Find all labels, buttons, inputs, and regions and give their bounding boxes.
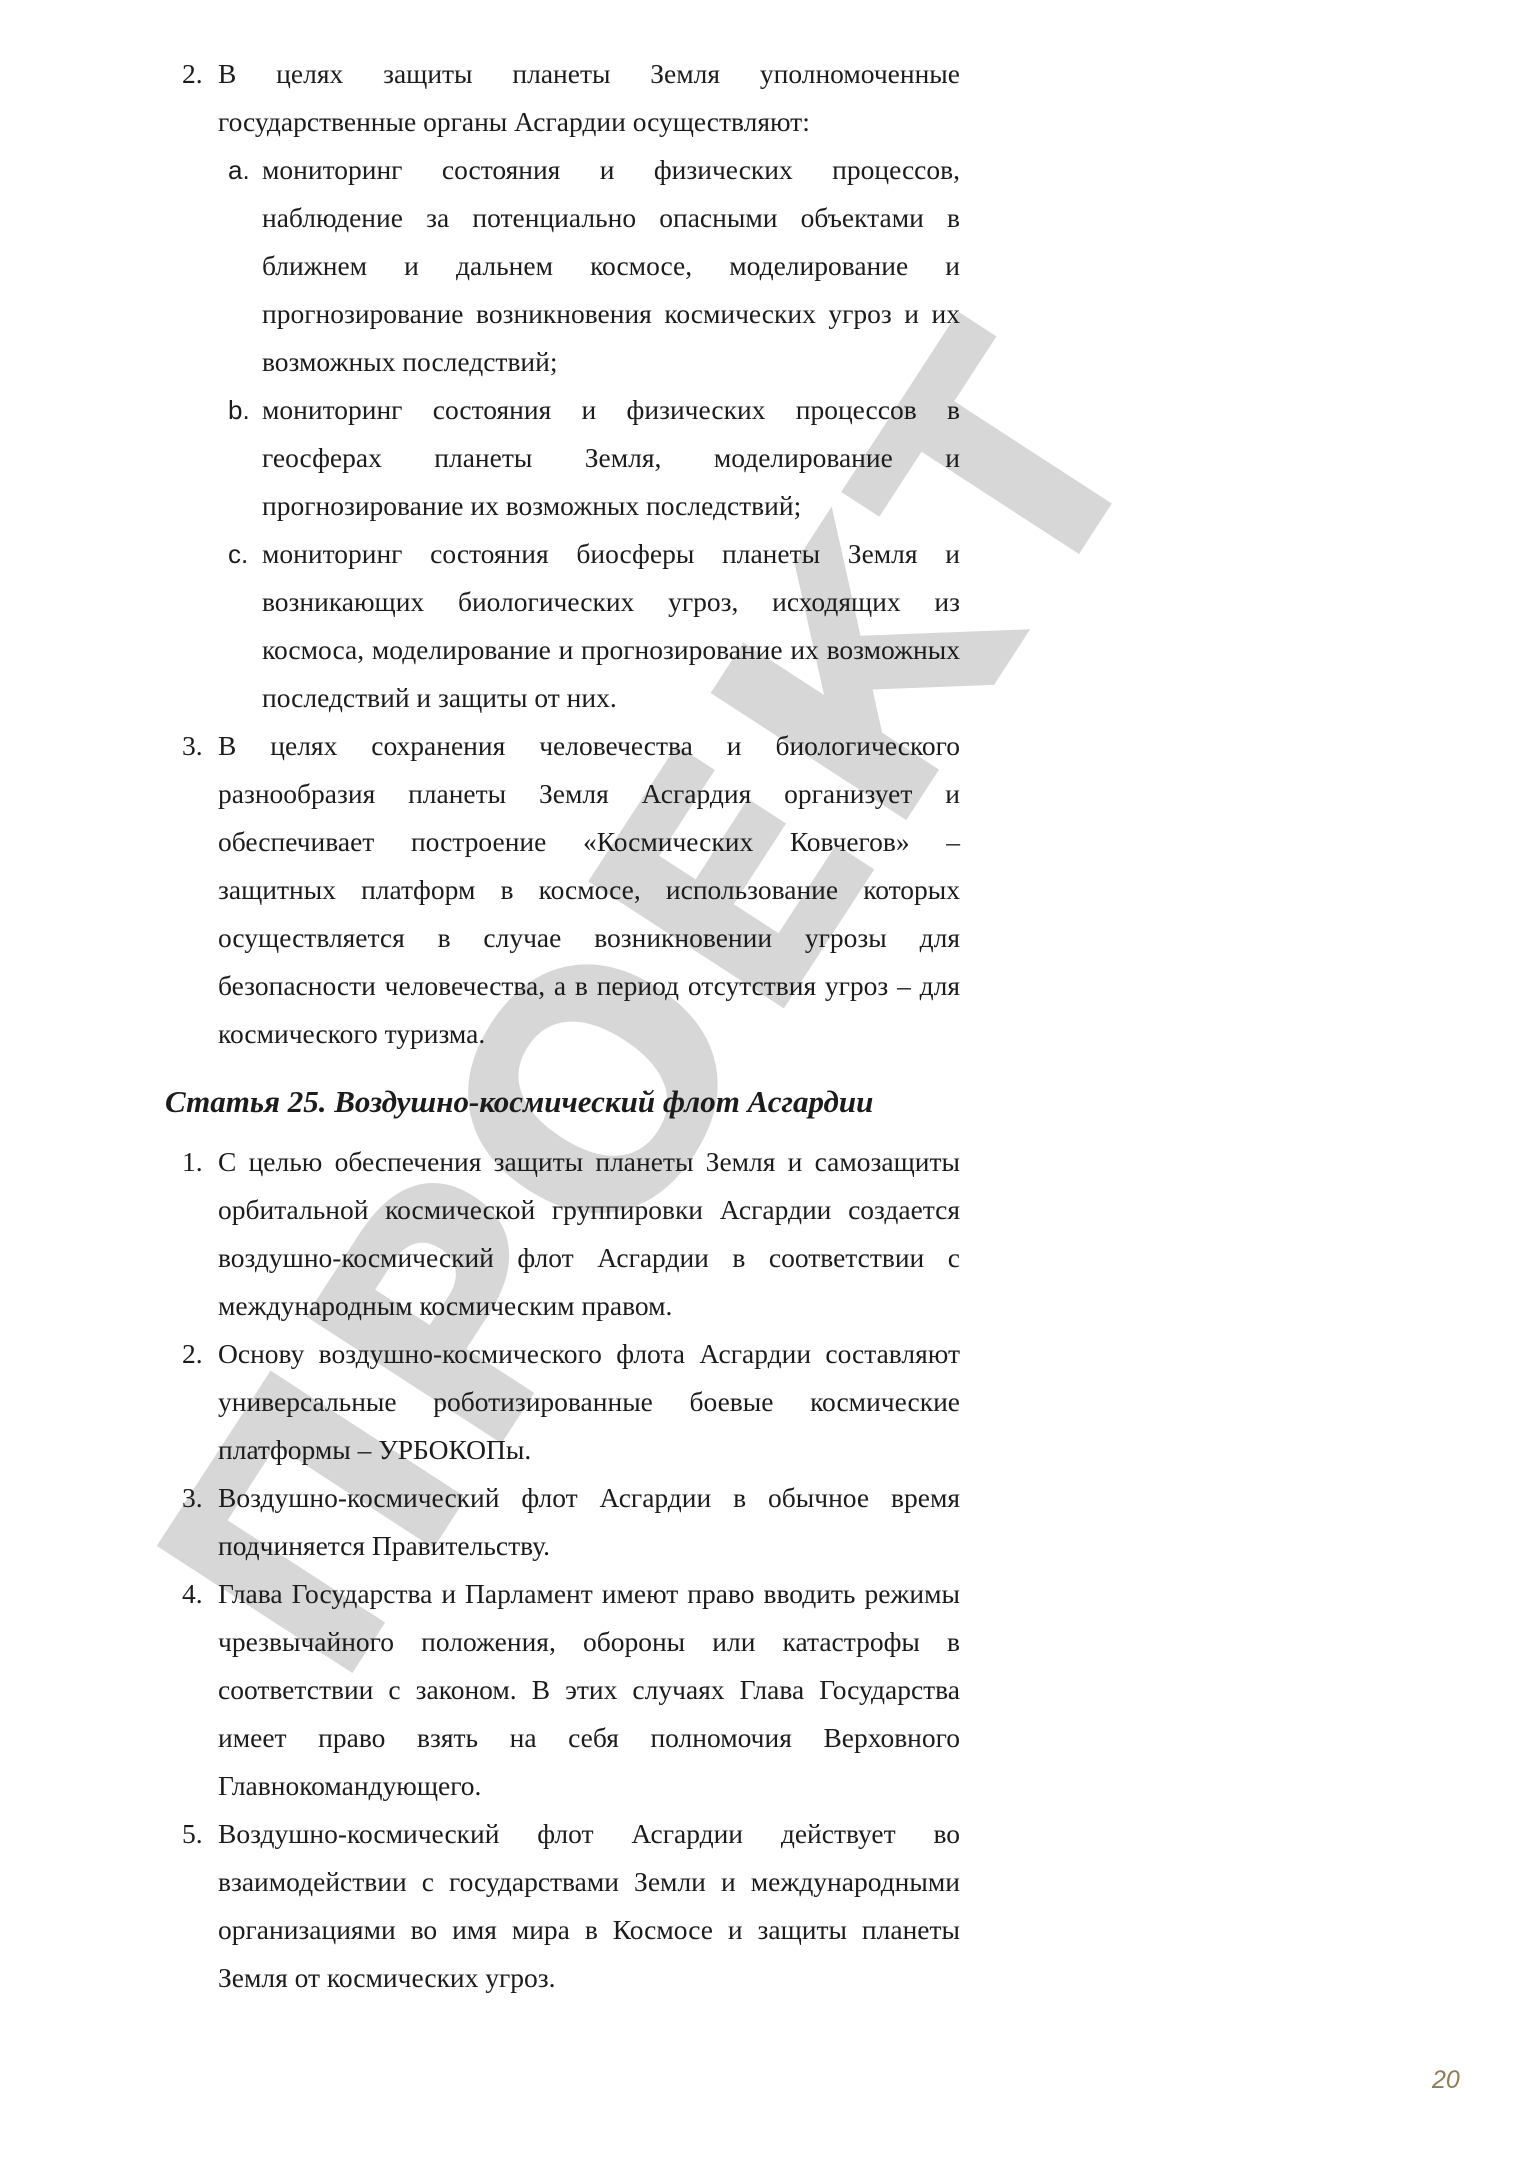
- page-content: 2. В целях защиты планеты Земля уполномо…: [165, 50, 960, 2002]
- list-item-marker: 3.: [165, 1474, 218, 1570]
- list-item-marker: 2.: [165, 1330, 218, 1474]
- list-item-text: В целях сохранения человечества и биолог…: [218, 722, 960, 1058]
- list-item-text: С целью обеспечения защиты планеты Земля…: [218, 1138, 960, 1330]
- list-item-marker: 1.: [165, 1138, 218, 1330]
- sub-item-marker: a.: [228, 146, 262, 386]
- sub-item-text: мониторинг состояния и физических процес…: [262, 386, 960, 530]
- article-item-2: 2. Основу воздушно-космического флота Ас…: [165, 1330, 960, 1474]
- sub-item-c: c. мониторинг состояния биосферы планеты…: [165, 530, 960, 722]
- list-item-marker: 2.: [165, 50, 218, 146]
- sub-item-b: b. мониторинг состояния и физических про…: [165, 386, 960, 530]
- list-item-marker: 5.: [165, 1810, 218, 2002]
- list-item-text: Глава Государства и Парламент имеют прав…: [218, 1570, 960, 1810]
- document-page: ПРОЕКТ 2. В целях защиты планеты Земля у…: [0, 0, 1527, 2160]
- article-item-1: 1. С целью обеспечения защиты планеты Зе…: [165, 1138, 960, 1330]
- list-item-text: В целях защиты планеты Земля уполномочен…: [218, 50, 960, 146]
- list-item-2: 2. В целях защиты планеты Земля уполномо…: [165, 50, 960, 146]
- list-item-text: Основу воздушно-космического флота Асгар…: [218, 1330, 960, 1474]
- list-item-marker: 4.: [165, 1570, 218, 1810]
- article-item-4: 4. Глава Государства и Парламент имеют п…: [165, 1570, 960, 1810]
- list-item-text: Воздушно-космический флот Асгардии дейст…: [218, 1810, 960, 2002]
- sub-item-marker: b.: [228, 386, 262, 530]
- sub-item-text: мониторинг состояния биосферы планеты Зе…: [262, 530, 960, 722]
- page-number: 20: [1432, 2066, 1460, 2095]
- sub-item-text: мониторинг состояния и физических процес…: [262, 146, 960, 386]
- list-item-marker: 3.: [165, 722, 218, 1058]
- list-item-text: Воздушно-космический флот Асгардии в обы…: [218, 1474, 960, 1570]
- article-item-3: 3. Воздушно-космический флот Асгардии в …: [165, 1474, 960, 1570]
- sub-item-a: a. мониторинг состояния и физических про…: [165, 146, 960, 386]
- article-item-5: 5. Воздушно-космический флот Асгардии де…: [165, 1810, 960, 2002]
- article-25-heading: Статья 25. Воздушно-космический флот Асг…: [165, 1080, 960, 1124]
- list-item-3: 3. В целях сохранения человечества и био…: [165, 722, 960, 1058]
- sub-item-marker: c.: [228, 530, 262, 722]
